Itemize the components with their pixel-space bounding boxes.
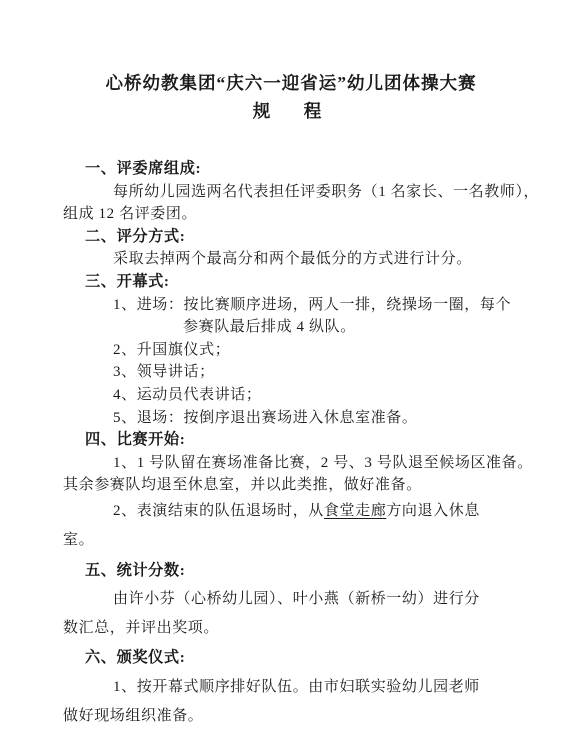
section-heading-6: 六、颁奖仪式: <box>63 643 519 672</box>
section-heading-2: 二、评分方式: <box>63 226 519 249</box>
list-item: 1、进场：按比赛顺序进场，两人一排，绕操场一圈，每个 <box>63 294 519 317</box>
section-heading-3: 三、开幕式: <box>63 271 519 294</box>
document-subtitle: 规 程 <box>63 98 519 124</box>
list-item: 5、退场：按倒序退出赛场进入休息室准备。 <box>63 407 519 430</box>
document-title: 心桥幼教集团“庆六一迎省运”幼儿团体操大赛 <box>63 70 519 96</box>
paragraph-text: 2、表演结束的队伍退场时，从 <box>113 503 324 519</box>
list-item: 4、运动员代表讲话； <box>63 384 519 407</box>
section-heading-5: 五、统计分数: <box>63 556 519 585</box>
section-heading-1: 一、评委席组成: <box>63 158 519 181</box>
document-page: 心桥幼教集团“庆六一迎省运”幼儿团体操大赛 规 程 一、评委席组成: 每所幼儿园… <box>0 0 579 731</box>
paragraph-line: 其余参赛队均退至休息室，并以此类推，做好准备。 <box>63 474 519 497</box>
list-item-continuation: 参赛队最后排成 4 纵队。 <box>63 316 519 339</box>
paragraph-line: 室。 <box>63 526 519 555</box>
list-item: 2、表演结束的队伍退场时，从食堂走廊方向退入休息 <box>63 497 519 526</box>
paragraph-line: 由许小芬（心桥幼儿园）、叶小燕（新桥一幼）进行分 <box>63 585 519 614</box>
list-item: 1、按开幕式顺序排好队伍。由市妇联实验幼儿园老师 <box>63 673 519 702</box>
paragraph-line: 数汇总，并评出奖项。 <box>63 614 519 643</box>
paragraph-line: 组成 12 名评委团。 <box>63 203 519 226</box>
paragraph-line: 采取去掉两个最高分和两个最低分的方式进行计分。 <box>63 248 519 271</box>
paragraph-line: 做好现场组织准备。 <box>63 702 519 731</box>
list-item: 1、1 号队留在赛场准备比赛，2 号、3 号队退至候场区准备。 <box>63 452 519 475</box>
list-item: 2、升国旗仪式； <box>63 339 519 362</box>
list-item: 3、领导讲话； <box>63 361 519 384</box>
paragraph-line: 每所幼儿园选两名代表担任评委职务（1 名家长、一名教师）， <box>63 181 519 204</box>
underlined-text: 食堂走廊 <box>324 503 386 519</box>
paragraph-text: 方向退入休息 <box>386 503 480 519</box>
section-heading-4: 四、比赛开始: <box>63 429 519 452</box>
